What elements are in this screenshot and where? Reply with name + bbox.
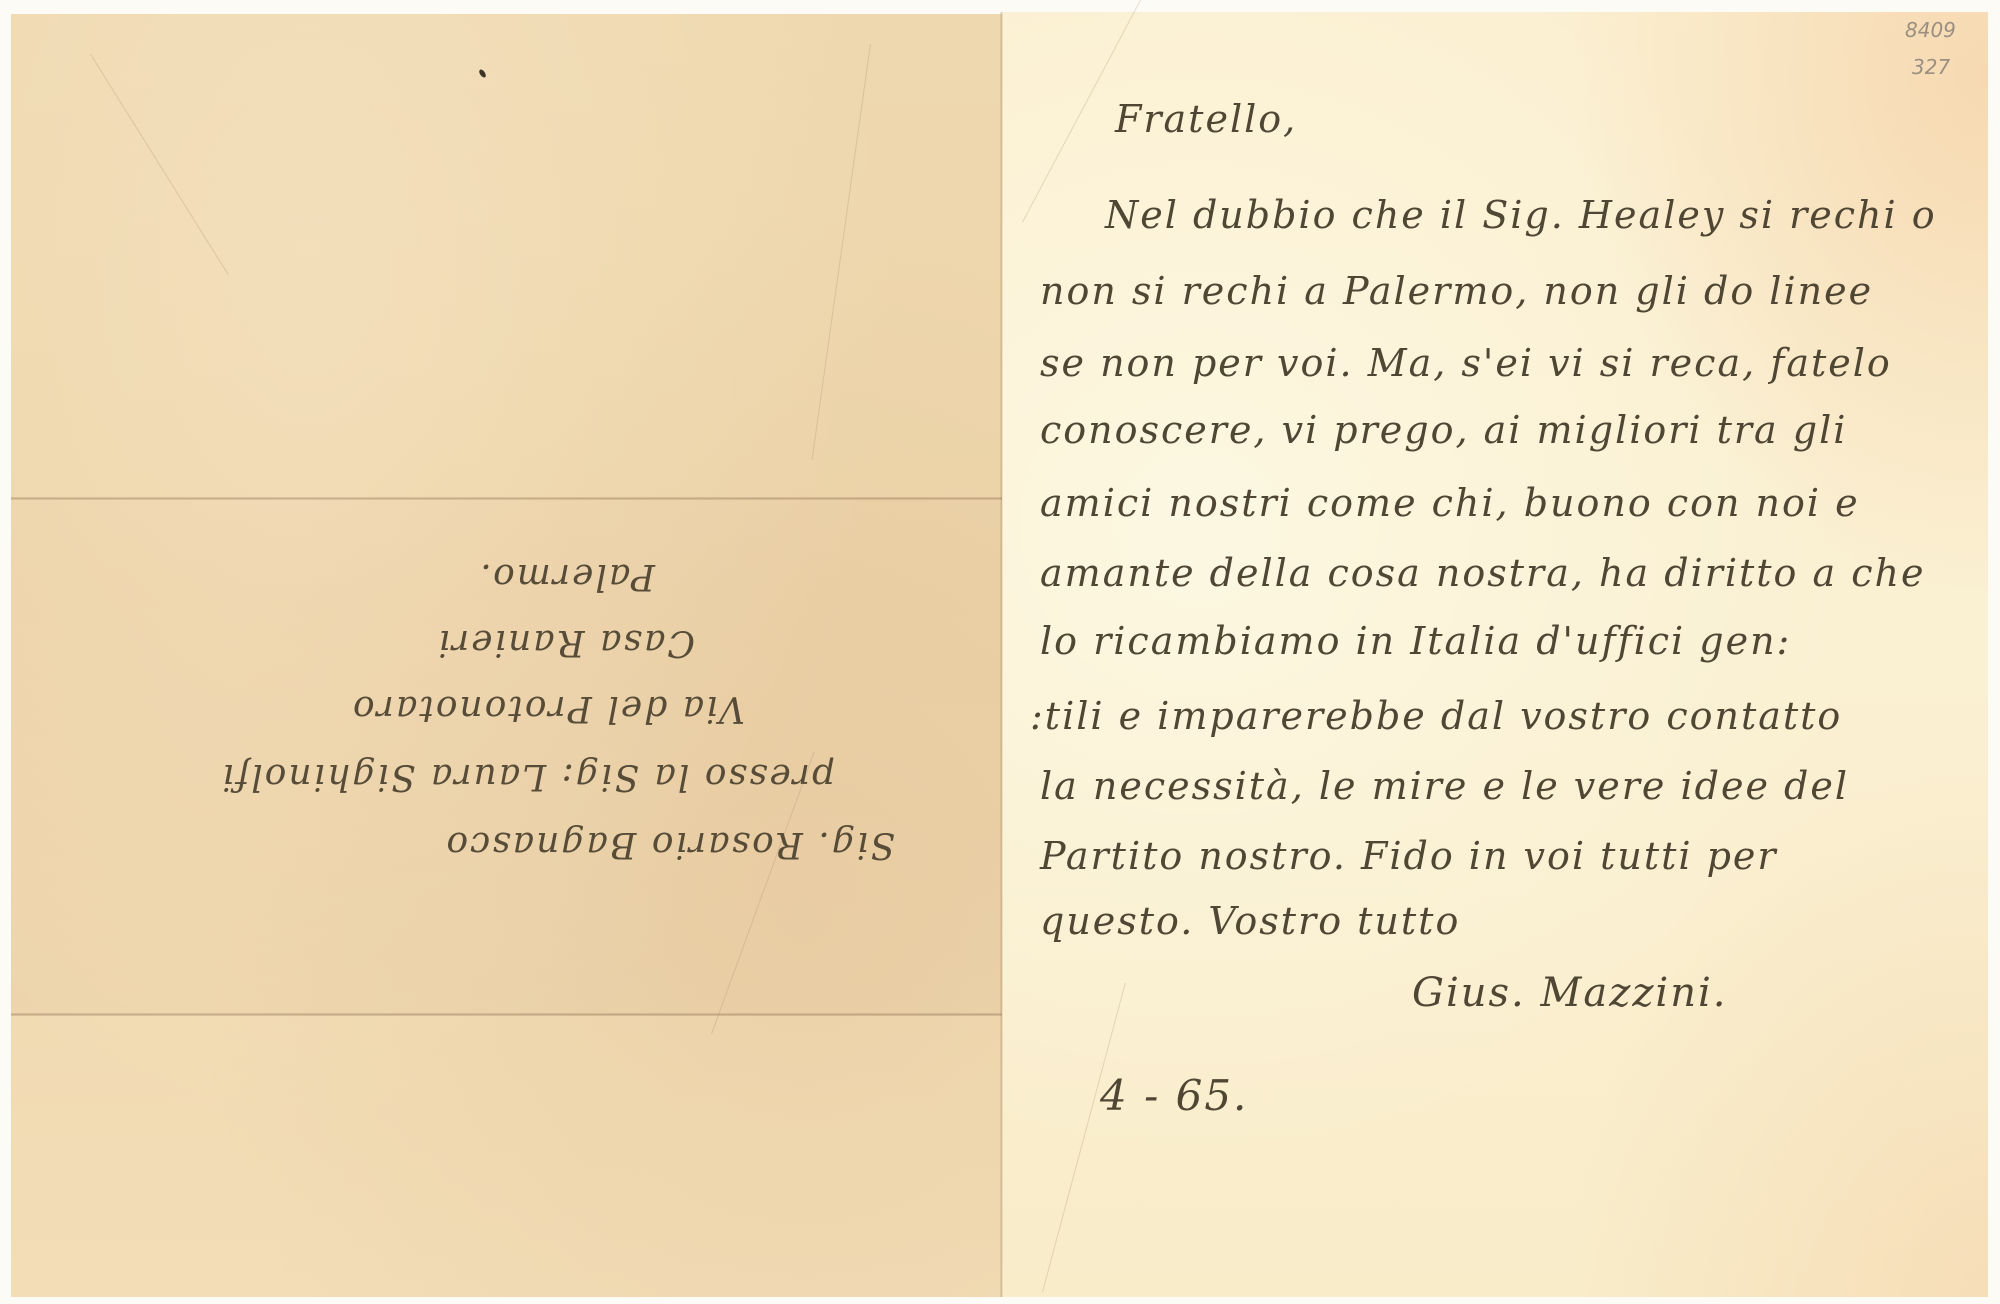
letter-date: 4 - 65. [1100, 1075, 1248, 1117]
body-line-9: la necessità, le mire e le vere idee del [1040, 767, 1849, 805]
body-line-11: questo. Vostro tutto [1040, 902, 1460, 940]
body-line-7: lo ricambiamo in Italia d'uffici gen: [1040, 622, 1791, 660]
body-line-10: Partito nostro. Fido in voi tutti per [1040, 837, 1778, 875]
body-line-3: se non per voi. Ma, s'ei vi si reca, fat… [1040, 344, 1892, 382]
body-line-5: amici nostri come chi, buono con noi e [1040, 484, 1860, 522]
address-line-house: Casa Ranieri [436, 622, 695, 663]
address-block: Sig. Rosario Bagnasco presso la Sig: Lau… [395, 505, 955, 885]
body-line-4: conoscere, vi prego, ai migliori tra gli [1040, 411, 1847, 449]
address-line-city: Palermo. [478, 556, 655, 597]
paper-crease [1042, 983, 1126, 1292]
body-line-1: Nel dubbio che il Sig. Healey si rechi o [1105, 196, 1937, 234]
signature: Gius. Mazzini. [1412, 973, 1727, 1013]
body-line-6: amante della cosa nostra, ha diritto a c… [1040, 554, 1926, 592]
body-line-8: :tili e imparerebbe dal vostro contatto [1030, 697, 1842, 735]
archive-number-bottom: 327 [1912, 55, 1950, 79]
address-line-care-of: presso la Sig: Laura Sighinolfi [220, 756, 835, 797]
address-line-street: Via del Protonotaro [351, 688, 745, 729]
body-line-2: non si rechi a Palermo, non gli do linee [1040, 272, 1873, 310]
upper-panel [11, 14, 1002, 497]
lower-horizontal-fold [11, 1013, 1002, 1016]
archive-number-top: 8409 [1905, 18, 1956, 42]
salutation: Fratello, [1115, 100, 1297, 138]
center-fold [1000, 12, 1003, 1297]
address-line-recipient: Sig. Rosario Bagnasco [444, 824, 895, 865]
